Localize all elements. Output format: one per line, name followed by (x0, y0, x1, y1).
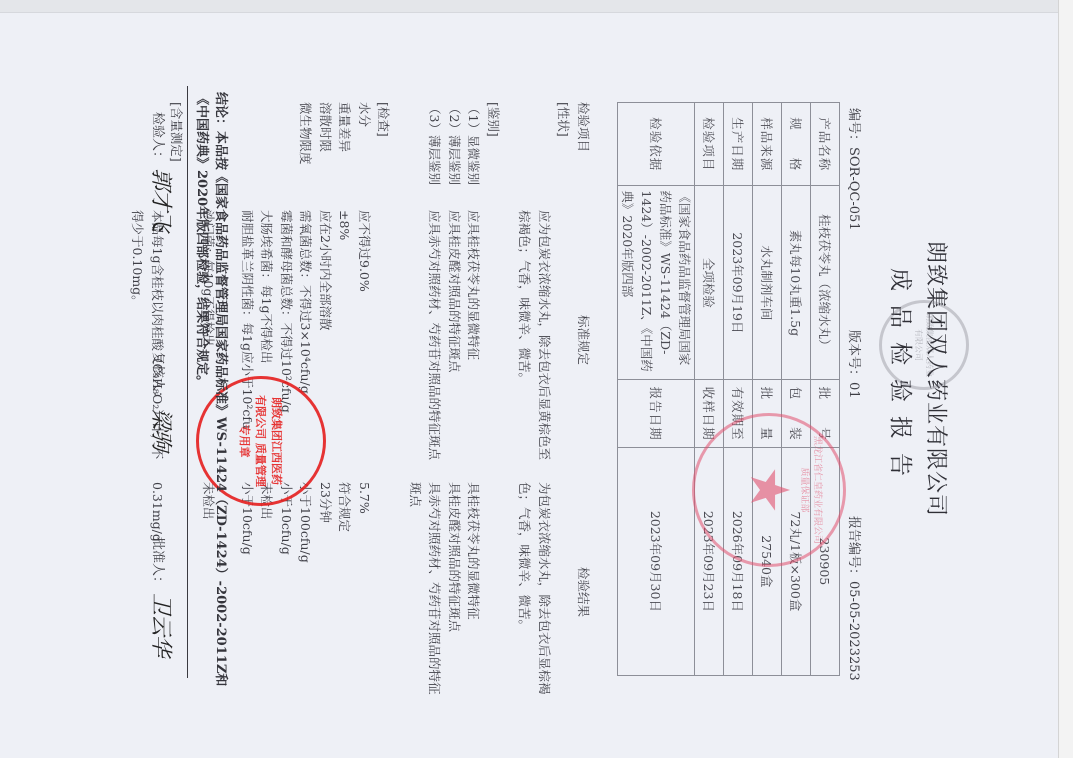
info-value: 素丸每10丸重1.5g (782, 186, 811, 380)
test-result: 具赤芍对照药材、芍药苷对照品的特征斑点 (406, 482, 445, 702)
test-standard: ±8% (335, 210, 355, 470)
info-value: 全项检验 (695, 186, 724, 380)
section-heading-label: [性状] (554, 102, 574, 210)
section-heading: [检查] (374, 102, 394, 702)
info-label: 样品来源 (753, 103, 782, 186)
test-result: 小于10cfu/g (238, 482, 258, 702)
info-value: 水丸制剂车间 (753, 186, 782, 380)
test-item: （2）薄层鉴别 (445, 102, 465, 210)
test-result: 具桂枝茯苓丸的显微特征 (464, 482, 484, 702)
info-label: 生产日期 (724, 103, 753, 186)
info-value: 《国家食品药品监督管理局国家药品标准》WS-11424（ZD-1424）-200… (618, 186, 695, 380)
info-row: 生产日期2023年09月19日有效期至2026年09月18日 (724, 103, 753, 676)
test-result: 符合规定 (335, 482, 355, 702)
test-item: （1）显微鉴别 (464, 102, 484, 210)
info-value: 2023年09月30日 (618, 447, 695, 675)
info-label: 检验依据 (618, 103, 695, 186)
info-value: 2023年09月19日 (724, 186, 753, 380)
section-heading-label: [鉴别] (484, 102, 504, 210)
test-standard: 应具桂皮醛对照品的特征斑点 (445, 210, 465, 470)
test-item: 重量差异 (335, 102, 355, 210)
info-value: 桂枝茯苓丸（浓缩水丸） (811, 186, 840, 380)
info-row: 样品来源水丸制剂车间批 量27540盒 (753, 103, 782, 676)
tests-header: 检验项目标准规定检验结果 (574, 102, 594, 702)
test-result: 小于100cfu/g (296, 482, 316, 702)
info-label: 报告日期 (618, 380, 695, 447)
info-label: 规 格 (782, 103, 811, 186)
signature-divider (187, 86, 188, 678)
test-row: （1）显微鉴别应具桂枝茯苓丸的显微特征具桂枝茯苓丸的显微特征 (464, 102, 484, 702)
test-row: 水分应不得过9.0%5.7% (355, 102, 375, 702)
section-heading-label: [检查] (374, 102, 394, 210)
inspector-signature: 检验人：郭才飞 (147, 112, 178, 231)
test-result: 为包炭衣浓缩水丸，除去包衣后显棕褐色；气香，味微辛、微苦。 (515, 482, 554, 702)
test-item: 水分 (355, 102, 375, 210)
test-row: （3）薄层鉴别应具赤芍对照药材、芍药苷对照品的特征斑点具赤芍对照药材、芍药苷对照… (406, 102, 445, 702)
test-row: 溶散时限应在2小时内全部溶散23分钟 (316, 102, 336, 702)
test-standard: 应不得过9.0% (355, 210, 375, 470)
test-item: 溶散时限 (316, 102, 336, 210)
star-icon: ★ (742, 466, 796, 514)
info-row: 检验项目全项检验收样日期2023年09月23日 (695, 103, 724, 676)
test-standard: 应为包炭衣浓缩水丸，除去包衣后显黄棕色至棕褐色；气香，味微辛、微苦。 (515, 210, 554, 470)
document-code: 编号：SOR-QC-051 (846, 108, 865, 231)
test-result: 5.7% (355, 482, 375, 702)
inspection-report-page: 朗致集团双人药业有限公司 成品检验报告 朗致集团双人药业有限公司 编号：SOR-… (0, 0, 1073, 758)
approver-signature: 批准人：卫云华 (147, 537, 178, 656)
test-result: 23分钟 (316, 482, 336, 702)
info-row: 产品名称桂枝茯苓丸（浓缩水丸）批 号230905 (811, 103, 840, 676)
test-result: 具桂皮醛对照品的特征斑点 (445, 482, 465, 702)
test-standard: 应具赤芍对照药材、芍药苷对照品的特征斑点 (425, 210, 445, 470)
test-result: 小于10cfu/g (277, 482, 297, 702)
quality-seal-pink: ★ 黑龙江省仁皇药业有限公司 质量保证部 (692, 413, 846, 567)
test-result: 未检出 (257, 482, 277, 702)
header-result: 检验结果 (574, 482, 594, 702)
section-heading: [鉴别] (484, 102, 504, 702)
test-row: （2）薄层鉴别应具桂皮醛对照品的特征斑点具桂皮醛对照品的特征斑点 (445, 102, 465, 702)
test-item: 微生物限度 (296, 102, 316, 210)
test-row: 重量差异±8%符合规定 (335, 102, 355, 702)
document-version: 版本号：01 (846, 330, 865, 399)
test-item: （3）薄层鉴别 (425, 102, 445, 210)
test-row: 应为包炭衣浓缩水丸，除去包衣后显黄棕色至棕褐色；气香，味微辛、微苦。为包炭衣浓缩… (515, 102, 554, 702)
info-row: 规 格素丸每10丸重1.5g包 装72丸/1板×300盒 (782, 103, 811, 676)
header-standard: 标准规定 (574, 210, 594, 470)
header-item: 检验项目 (574, 102, 594, 210)
info-row: 检验依据《国家食品药品监督管理局国家药品标准》WS-11424（ZD-1424）… (618, 103, 695, 676)
section-heading: [性状] (554, 102, 574, 702)
info-label: 产品名称 (811, 103, 840, 186)
info-label: 检验项目 (695, 103, 724, 186)
reviewer-signature: 复核人：梁驹 (147, 352, 178, 450)
report-number: 报告编号：05-05-2023253 (846, 516, 865, 681)
test-standard: 应具桂枝茯苓丸的显微特征 (464, 210, 484, 470)
company-seal-faded: 朗致集团双人药业有限公司 (879, 300, 969, 390)
conclusion: 结论：本品按《国家食品药品监督管理局国家药品标准》WS-11424（ZD-142… (192, 92, 230, 692)
product-info-table: 产品名称桂枝茯苓丸（浓缩水丸）批 号230905规 格素丸每10丸重1.5g包 … (617, 102, 840, 676)
